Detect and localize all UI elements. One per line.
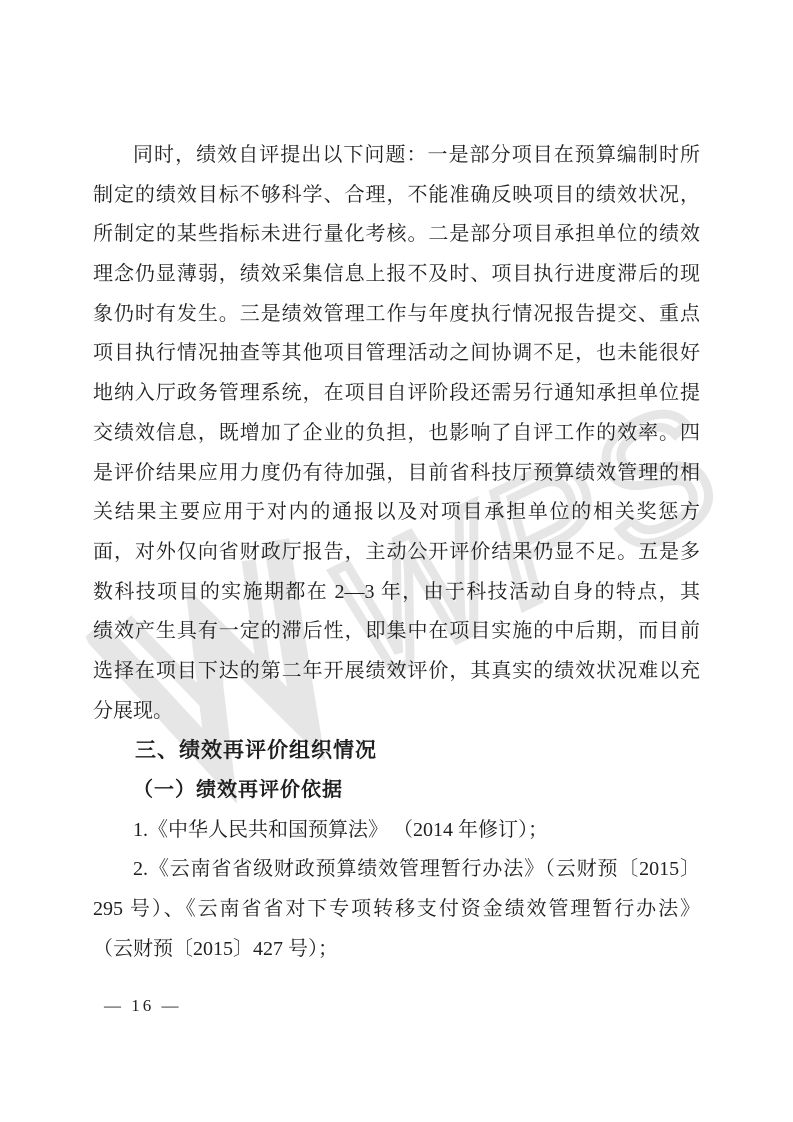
- paragraph-line: 面，对外仅向省财政厅报告，主动公开评价结果仍显不足。五是多: [93, 533, 700, 573]
- paragraph-line: 数科技项目的实施期都在 2—3 年，由于科技活动自身的特点，其: [93, 573, 700, 613]
- reference-item-line: （云财预〔2015〕427 号）；: [93, 930, 700, 970]
- section-heading: 三、绩效再评价组织情况: [93, 731, 700, 771]
- paragraph-line: 理念仍显薄弱，绩效采集信息上报不及时、项目执行进度滞后的现: [93, 255, 700, 295]
- paragraph-line: 制定的绩效目标不够科学、合理，不能准确反映项目的绩效状况，: [93, 176, 700, 216]
- reference-list: 1.《中华人民共和国预算法》 （2014 年修订）； 2.《云南省省级财政预算绩…: [93, 811, 700, 970]
- page-number: — 16 —: [104, 996, 182, 1016]
- subsection-heading: （一）绩效再评价依据: [93, 771, 700, 811]
- paragraph-line: 交绩效信息，既增加了企业的负担，也影响了自评工作的效率。四: [93, 414, 700, 454]
- reference-item-line: 1.《中华人民共和国预算法》 （2014 年修订）；: [93, 811, 700, 851]
- body-paragraph: 同时，绩效自评提出以下问题：一是部分项目在预算编制时所 制定的绩效目标不够科学、…: [93, 136, 700, 969]
- reference-item-line: 2.《云南省省级财政预算绩效管理暂行办法》（云财预〔2015〕: [93, 850, 700, 890]
- document-page: WPS 同时，绩效自评提出以下问题：一是部分项目在预算编制时所 制定的绩效目标不…: [0, 0, 793, 1122]
- paragraph-line: 分展现。: [93, 692, 700, 732]
- paragraph-line: 象仍时有发生。三是绩效管理工作与年度执行情况报告提交、重点: [93, 295, 700, 335]
- reference-item-line: 295 号）、《云南省省对下专项转移支付资金绩效管理暂行办法》: [93, 890, 700, 930]
- paragraph-line: 所制定的某些指标未进行量化考核。二是部分项目承担单位的绩效: [93, 215, 700, 255]
- paragraph-line: 选择在项目下达的第二年开展绩效评价，其真实的绩效状况难以充: [93, 652, 700, 692]
- paragraph-line: 项目执行情况抽查等其他项目管理活动之间协调不足，也未能很好: [93, 334, 700, 374]
- paragraph-line: 地纳入厅政务管理系统，在项目自评阶段还需另行通知承担单位提: [93, 374, 700, 414]
- paragraph-line: 关结果主要应用于对内的通报以及对项目承担单位的相关奖惩方: [93, 493, 700, 533]
- paragraph-line: 同时，绩效自评提出以下问题：一是部分项目在预算编制时所: [93, 136, 700, 176]
- paragraph-line: 绩效产生具有一定的滞后性，即集中在项目实施的中后期，而目前: [93, 612, 700, 652]
- paragraph-line: 是评价结果应用力度仍有待加强，目前省科技厅预算绩效管理的相: [93, 454, 700, 494]
